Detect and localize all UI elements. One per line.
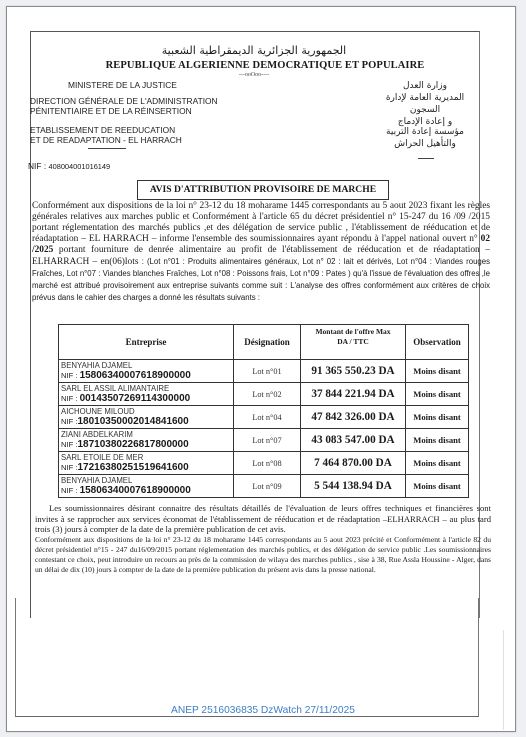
col-observation: Observation [406, 325, 469, 360]
establishment-line-1: ETABLISSEMENT DE REEDUCATION [30, 125, 182, 135]
lot-cell: Lot n°01 [234, 360, 301, 383]
company-name: BENYAHIA DJAMEL [61, 361, 231, 370]
observation-cell: Moins disant [406, 406, 469, 429]
observation-cell: Moins disant [406, 452, 469, 475]
french-republic-title: REPUBLIQUE ALGERIENNE DEMOCRATIQUE ET PO… [60, 60, 470, 71]
arabic-republic-title: الجمهورية الجزائرية الديمقراطية الشعبية [0, 44, 508, 57]
company-cell: SARL EL ASSIL ALIMANTAIRENIF : 001435072… [59, 383, 234, 406]
nif-value: 18710380226817800000 [77, 439, 188, 450]
nif-value: 15806340007618900000 [80, 485, 191, 496]
company-nif: NIF : 15806340007618900000 [61, 370, 231, 381]
arabic-ministry-block: وزارة العدل المديرية العامة لإدارة السجو… [370, 80, 480, 128]
lot-cell: Lot n°02 [234, 383, 301, 406]
table-row: AICHOUNE MILOUDNIF :18010350002014841600… [59, 406, 469, 429]
lot-cell: Lot n°08 [234, 452, 301, 475]
closing-paragraph-1: Les soumissionnaires désirant connaitre … [35, 503, 491, 535]
company-cell: SARL ETOILE DE MERNIF :17216380251519641… [59, 452, 234, 475]
arabic-establishment-line-2: والتأهيل الحراش [370, 138, 480, 150]
notice-intro: Conformément aux dispositions de la loi … [32, 201, 490, 304]
nif-label: NIF : [28, 161, 48, 171]
table-row: SARL ETOILE DE MERNIF :17216380251519641… [59, 452, 469, 475]
ministry-name: MINISTERE DE LA JUSTICE [68, 80, 177, 90]
closing-text: Les soumissionnaires désirant connaitre … [35, 503, 491, 575]
company-name: SARL EL ASSIL ALIMANTAIRE [61, 384, 231, 393]
col-amount-line-2: DA / TTC [303, 337, 403, 347]
nif-label: NIF : [61, 463, 77, 472]
observation-cell: Moins disant [406, 360, 469, 383]
establishment-line-2: ET DE READAPTATION - EL HARRACH [30, 135, 182, 145]
arabic-establishment-line-1: مؤسسة إعادة التربية [370, 126, 480, 138]
company-cell: BENYAHIA DJAMELNIF : 1580634000761890000… [59, 360, 234, 383]
company-nif: NIF : 15806340007618900000 [61, 485, 231, 496]
company-nif: NIF : 00143507269114300000 [61, 393, 231, 404]
intro-text-1: Conformément aux dispositions de la loi … [32, 201, 490, 244]
table-row: BENYAHIA DJAMELNIF : 1580634000761890000… [59, 360, 469, 383]
amount-cell: 37 844 221.94 DA [301, 383, 406, 406]
direction-line-1: DIRECTION GÉNÉRALE DE L'ADMINISTRATION [30, 96, 218, 106]
arabic-establishment-block: مؤسسة إعادة التربية والتأهيل الحراش [370, 126, 480, 150]
nif-value: 15806340007618900000 [80, 370, 191, 381]
establishment-label: ETABLISSEMENT DE REEDUCATION ET DE READA… [30, 125, 182, 145]
company-nif: NIF :18710380226817800000 [61, 439, 231, 450]
company-cell: ZIANI ABDELKARIMNIF :1871038022681780000… [59, 429, 234, 452]
divider [418, 158, 434, 159]
company-cell: BENYAHIA DJAMELNIF : 1580634000761890000… [59, 475, 234, 498]
header-separator: ---ooOoo---- [0, 72, 508, 78]
scanned-page-border-bottom [15, 598, 479, 717]
company-cell: AICHOUNE MILOUDNIF :18010350002014841600 [59, 406, 234, 429]
nif-value: 00143507269114300000 [80, 393, 191, 404]
col-company: Entreprise [59, 325, 234, 360]
observation-cell: Moins disant [406, 429, 469, 452]
nif-label: NIF : [61, 417, 77, 426]
direction-label: DIRECTION GÉNÉRALE DE L'ADMINISTRATION P… [30, 96, 218, 116]
closing-paragraph-2: Conformément aux dispositions de la loi … [35, 535, 491, 575]
nif-label: NIF : [61, 371, 80, 380]
table-row: BENYAHIA DJAMELNIF : 1580634000761890000… [59, 475, 469, 498]
amount-cell: 5 544 138.94 DA [301, 475, 406, 498]
publication-reference: ANEP 2516036835 DzWatch 27/11/2025 [0, 705, 526, 716]
notice-title: AVIS D'ATTRIBUTION PROVISOIRE DE MARCHE [137, 180, 389, 200]
amount-cell: 91 365 550.23 DA [301, 360, 406, 383]
observation-cell: Moins disant [406, 383, 469, 406]
amount-cell: 7 464 870.00 DA [301, 452, 406, 475]
col-amount: Montant de l'offre Max DA / TTC [301, 325, 406, 360]
table-row: ZIANI ABDELKARIMNIF :1871038022681780000… [59, 429, 469, 452]
amount-cell: 47 842 326.00 DA [301, 406, 406, 429]
lot-cell: Lot n°07 [234, 429, 301, 452]
nif-value: 408004001016149 [48, 162, 110, 171]
company-name: AICHOUNE MILOUD [61, 407, 231, 416]
nif-label: NIF : [61, 394, 80, 403]
company-nif: NIF :17216380251519641600 [61, 462, 231, 473]
col-designation: Désignation [234, 325, 301, 360]
amount-cell: 43 083 547.00 DA [301, 429, 406, 452]
arabic-ministry: وزارة العدل [370, 80, 480, 92]
arabic-direction-line-1: المديرية العامة لإدارة السجون [370, 92, 480, 116]
lot-cell: Lot n°09 [234, 475, 301, 498]
direction-line-2: PÉNITENTIAIRE ET DE LA RÉINSERTION [30, 106, 218, 116]
company-name: BENYAHIA DJAMEL [61, 476, 231, 485]
company-nif: NIF :18010350002014841600 [61, 416, 231, 427]
company-name: SARL ETOILE DE MER [61, 453, 231, 462]
nif-value: 17216380251519641600 [77, 462, 188, 473]
nif-value: 18010350002014841600 [77, 416, 188, 427]
col-amount-line-1: Montant de l'offre Max [303, 327, 403, 337]
lot-cell: Lot n°04 [234, 406, 301, 429]
table-header-row: Entreprise Désignation Montant de l'offr… [59, 325, 469, 360]
nif-label: NIF : [61, 440, 77, 449]
divider [88, 148, 126, 149]
observation-cell: Moins disant [406, 475, 469, 498]
nif-label: NIF : [61, 486, 80, 495]
results-table: Entreprise Désignation Montant de l'offr… [58, 324, 469, 498]
establishment-nif: NIF : 408004001016149 [28, 161, 110, 171]
ministry-label: MINISTERE DE LA JUSTICE [68, 80, 177, 90]
company-name: ZIANI ABDELKARIM [61, 430, 231, 439]
table-row: SARL EL ASSIL ALIMANTAIRENIF : 001435072… [59, 383, 469, 406]
